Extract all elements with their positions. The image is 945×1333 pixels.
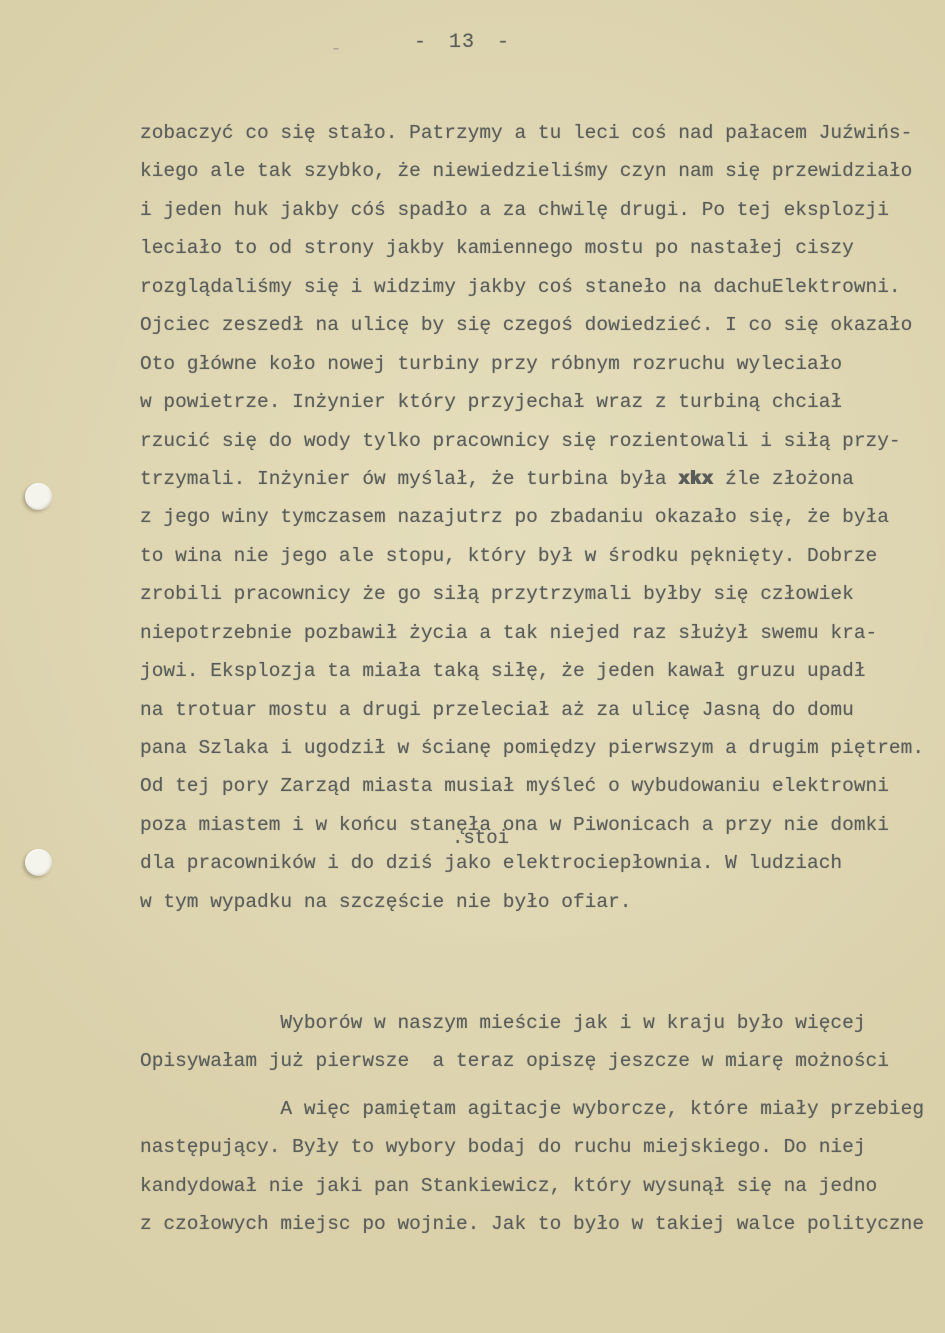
typed-line: Oto główne koło nowej turbiny przy róbny…: [140, 345, 924, 383]
typed-line: z jego winy tymczasem nazajutrz po zbada…: [140, 498, 924, 536]
typed-line: Opisywałam już pierwsze a teraz opiszę j…: [140, 1042, 889, 1080]
typed-line: jowi. Eksplozja ta miała taką siłę, że j…: [140, 652, 924, 690]
typed-line-with-strikeout: trzymali. Inżynier ów myślał, że turbina…: [140, 460, 924, 498]
typed-text: źle złożona: [713, 468, 853, 490]
typed-line: i jeden huk jakby cóś spadło a za chwilę…: [140, 191, 924, 229]
typed-line: Ojciec zeszedł na ulicę by się czegoś do…: [140, 306, 924, 344]
document-page: - - 13 - zobaczyć co się stało. Patrzymy…: [0, 0, 945, 1333]
punch-hole-bottom: [25, 849, 52, 876]
typed-line: A więc pamiętam agitacje wyborcze, które…: [140, 1090, 924, 1128]
paragraph-electrownia: zobaczyć co się stało. Patrzymy a tu lec…: [140, 114, 924, 921]
typed-line: z czołowych miejsc po wojnie. Jak to był…: [140, 1205, 924, 1243]
paragraph-agitacje: A więc pamiętam agitacje wyborcze, które…: [140, 1090, 924, 1244]
typed-line: dla pracowników i do dziś jako elektroci…: [140, 844, 924, 882]
typed-line: zobaczyć co się stało. Patrzymy a tu lec…: [140, 114, 924, 152]
typed-line: w tym wypadku na szczęście nie było ofia…: [140, 883, 924, 921]
typed-line: rozglądaliśmy się i widzimy jakby coś st…: [140, 268, 924, 306]
punch-hole-top: [25, 483, 52, 510]
typed-line: kiego ale tak szybko, że niewiedzieliśmy…: [140, 152, 924, 190]
typed-line: to wina nie jego ale stopu, który był w …: [140, 537, 924, 575]
interlinear-insertion: .stoi: [452, 829, 509, 848]
typed-line: pana Szlaka i ugodził w ścianę pomiędzy …: [140, 729, 924, 767]
typed-line: rzucić się do wody tylko pracownicy się …: [140, 422, 924, 460]
typed-line: następujący. Były to wybory bodaj do ruc…: [140, 1128, 924, 1166]
page-number: - 13 -: [414, 31, 510, 54]
typed-text: trzymali. Inżynier ów myślał, że turbina…: [140, 468, 678, 490]
typed-line: w powietrze. Inżynier który przyjechał w…: [140, 383, 924, 421]
typed-line: kandydował nie jaki pan Stankiewicz, któ…: [140, 1167, 924, 1205]
typed-line: na trotuar mostu a drugi przeleciał aż z…: [140, 691, 924, 729]
typed-line: Wyborów w naszym mieście jak i w kraju b…: [140, 1004, 889, 1042]
paragraph-wybory-intro: Wyborów w naszym mieście jak i w kraju b…: [140, 1004, 889, 1081]
typed-line: zrobili pracownicy że go siłą przytrzyma…: [140, 575, 924, 613]
typed-line: Od tej pory Zarząd miasta musiał myśleć …: [140, 767, 924, 805]
typed-line: niepotrzebnie pozbawił życia a tak nieje…: [140, 614, 924, 652]
typed-line: poza miastem i w końcu stanęła ona w Piw…: [140, 806, 924, 844]
typed-line: leciało to od strony jakby kamiennego mo…: [140, 229, 924, 267]
struck-out-text: xkx: [678, 468, 713, 490]
faint-dash-mark: -: [330, 38, 342, 61]
